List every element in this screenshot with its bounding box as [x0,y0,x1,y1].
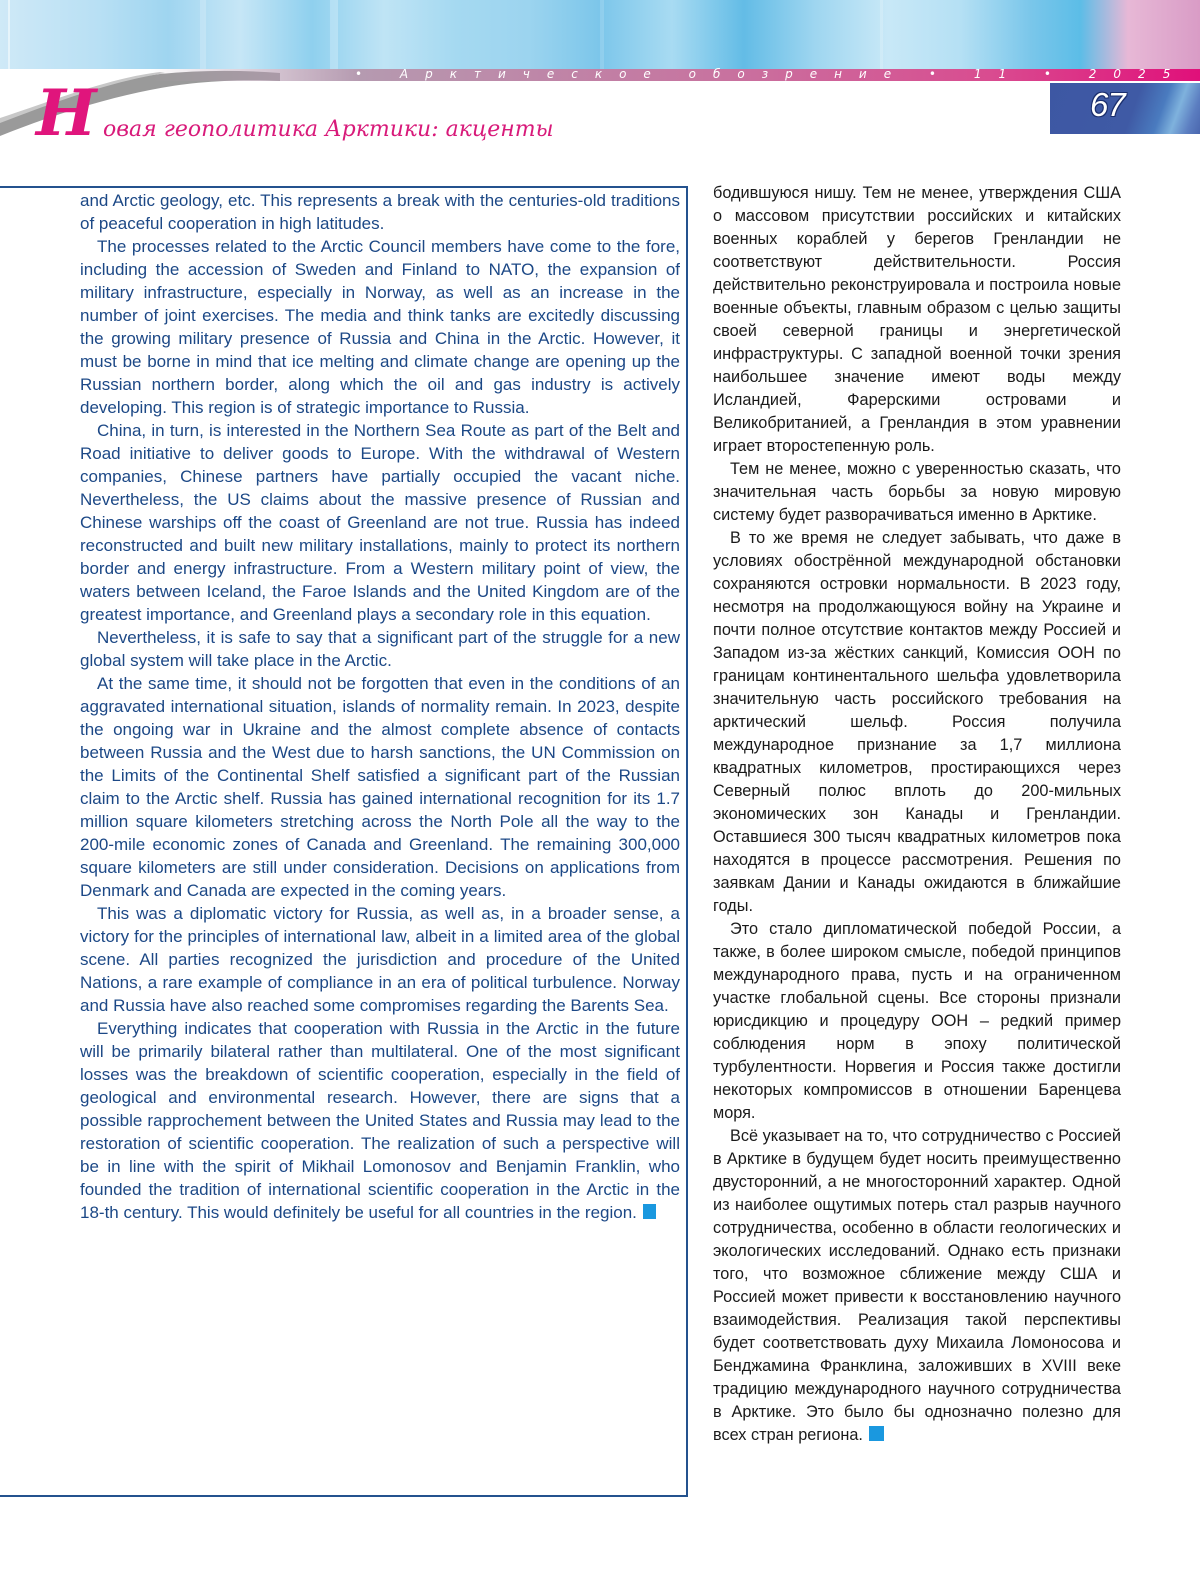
paragraph: At the same time, it should not be forgo… [80,672,680,902]
page-number-box [1050,83,1200,134]
paragraph: Это стало дипломатической победой России… [713,918,1121,1125]
paragraph-last: Everything indicates that cooperation wi… [80,1017,680,1224]
paragraph: The processes related to the Arctic Coun… [80,235,680,419]
paragraph: China, in turn, is interested in the Nor… [80,419,680,626]
paragraph: Тем не менее, можно с уверенностью сказа… [713,458,1121,527]
paragraph: This was a diplomatic victory for Russia… [80,902,680,1017]
paragraph: Nevertheless, it is safe to say that a s… [80,626,680,672]
section-title-initial: Н [36,82,96,146]
journal-strip-text: • Арктическое обозрение • 11 • 2025 • [355,67,1200,81]
end-of-article-square-icon [643,1204,656,1219]
paragraph: and Arctic geology, etc. This represents… [80,189,680,235]
paragraph-text: Everything indicates that cooperation wi… [80,1019,680,1222]
paragraph: бодившуюся нишу. Тем не менее, утвержден… [713,182,1121,458]
section-title: овая геополитика Арктики: акценты [103,117,554,142]
end-of-article-square-icon [869,1426,884,1441]
russian-column: бодившуюся нишу. Тем не менее, утвержден… [713,182,1121,1447]
paragraph: В то же время не следует забывать, что д… [713,527,1121,918]
page-number: 67 [1090,86,1125,124]
header-banner-image [0,0,1200,69]
paragraph-last: Всё указывает на то, что сотрудничество … [713,1125,1121,1447]
english-column: and Arctic geology, etc. This represents… [80,189,680,1224]
paragraph-text: Всё указывает на то, что сотрудничество … [713,1127,1121,1444]
